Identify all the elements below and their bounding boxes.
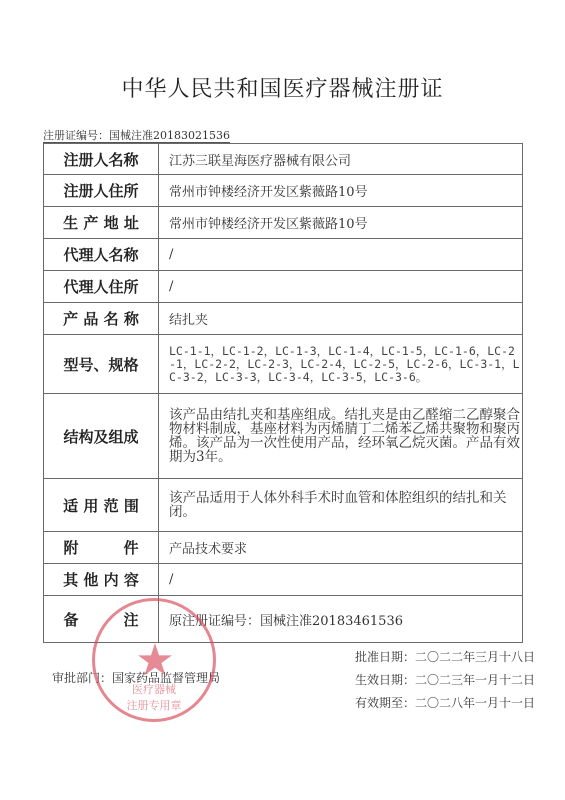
table-row: 结构及组成 该产品由结扎夹和基座组成。结扎夹是由乙醛缩二乙醇聚合物材料制成，基座…	[44, 394, 523, 479]
effective-date-label: 生效日期：	[355, 673, 415, 687]
approval-department-label: 审批部门：	[52, 671, 112, 685]
approval-date-label: 批准日期：	[355, 650, 415, 664]
row-value: 结扎夹	[159, 303, 523, 335]
row-value: LC-1-1，LC-1-2，LC-1-3，LC-1-4，LC-1-5，LC-1-…	[159, 335, 523, 394]
table-row: 备 注 原注册证编号：国械注准20183461536	[44, 596, 523, 643]
approval-department: 审批部门：国家药品监督管理局	[52, 669, 220, 686]
certificate-table: 注册人名称 江苏三联星海医疗器械有限公司 注册人住所 常州市钟楼经济开发区紫薇路…	[43, 143, 523, 643]
table-row: 生 产 地 址 常州市钟楼经济开发区紫薇路10号	[44, 207, 523, 239]
row-label: 代理人住所	[44, 271, 159, 303]
row-value: 常州市钟楼经济开发区紫薇路10号	[159, 175, 523, 207]
row-value: 该产品适用于人体外科手术时血管和体腔组织的结扎和关闭。	[159, 479, 523, 532]
row-label: 注册人住所	[44, 175, 159, 207]
registration-number-line: 注册证编号：国械注准20183021536	[43, 130, 230, 143]
row-value: /	[159, 271, 523, 303]
approval-department-value: 国家药品监督管理局	[112, 671, 220, 685]
table-row: 代理人住所 /	[44, 271, 523, 303]
effective-date: 生效日期：二〇二三年一月十二日	[355, 671, 535, 688]
expiry-date-value: 二〇二八年一月十一日	[415, 696, 535, 710]
row-label: 注册人名称	[44, 144, 159, 175]
row-label: 附 件	[44, 532, 159, 564]
row-value: 该产品由结扎夹和基座组成。结扎夹是由乙醛缩二乙醇聚合物材料制成，基座材料为丙烯腈…	[159, 394, 523, 479]
approval-date-value: 二〇二二年三月十八日	[415, 650, 535, 664]
table-row: 产 品 名 称 结扎夹	[44, 303, 523, 335]
approval-date: 批准日期：二〇二二年三月十八日	[355, 648, 535, 665]
document-title: 中华人民共和国医疗器械注册证	[0, 72, 565, 103]
row-label: 产 品 名 称	[44, 303, 159, 335]
registration-number: 国械注准20183021536	[109, 129, 230, 142]
row-label: 型号、规格	[44, 335, 159, 394]
row-value: /	[159, 239, 523, 271]
table-row: 代理人名称 /	[44, 239, 523, 271]
table-row: 注册人住所 常州市钟楼经济开发区紫薇路10号	[44, 175, 523, 207]
table-row: 适 用 范 围 该产品适用于人体外科手术时血管和体腔组织的结扎和关闭。	[44, 479, 523, 532]
row-label: 代理人名称	[44, 239, 159, 271]
row-label: 适 用 范 围	[44, 479, 159, 532]
table-row: 其 他 内 容 /	[44, 564, 523, 596]
effective-date-value: 二〇二三年一月十二日	[415, 673, 535, 687]
row-label: 其 他 内 容	[44, 564, 159, 596]
expiry-date: 有效期至：二〇二八年一月十一日	[355, 694, 535, 711]
row-label: 生 产 地 址	[44, 207, 159, 239]
expiry-date-label: 有效期至：	[355, 696, 415, 710]
stamp-line-2: 注册专用章	[95, 697, 213, 713]
row-label: 结构及组成	[44, 394, 159, 479]
row-value: 产品技术要求	[159, 532, 523, 564]
row-value: 原注册证编号：国械注准20183461536	[159, 596, 523, 643]
row-value: /	[159, 564, 523, 596]
row-value: 常州市钟楼经济开发区紫薇路10号	[159, 207, 523, 239]
row-value: 江苏三联星海医疗器械有限公司	[159, 144, 523, 175]
table-row: 附 件 产品技术要求	[44, 532, 523, 564]
registration-number-label: 注册证编号：	[43, 129, 109, 142]
row-label: 备 注	[44, 596, 159, 643]
table-row: 注册人名称 江苏三联星海医疗器械有限公司	[44, 144, 523, 175]
table-row: 型号、规格 LC-1-1，LC-1-2，LC-1-3，LC-1-4，LC-1-5…	[44, 335, 523, 394]
